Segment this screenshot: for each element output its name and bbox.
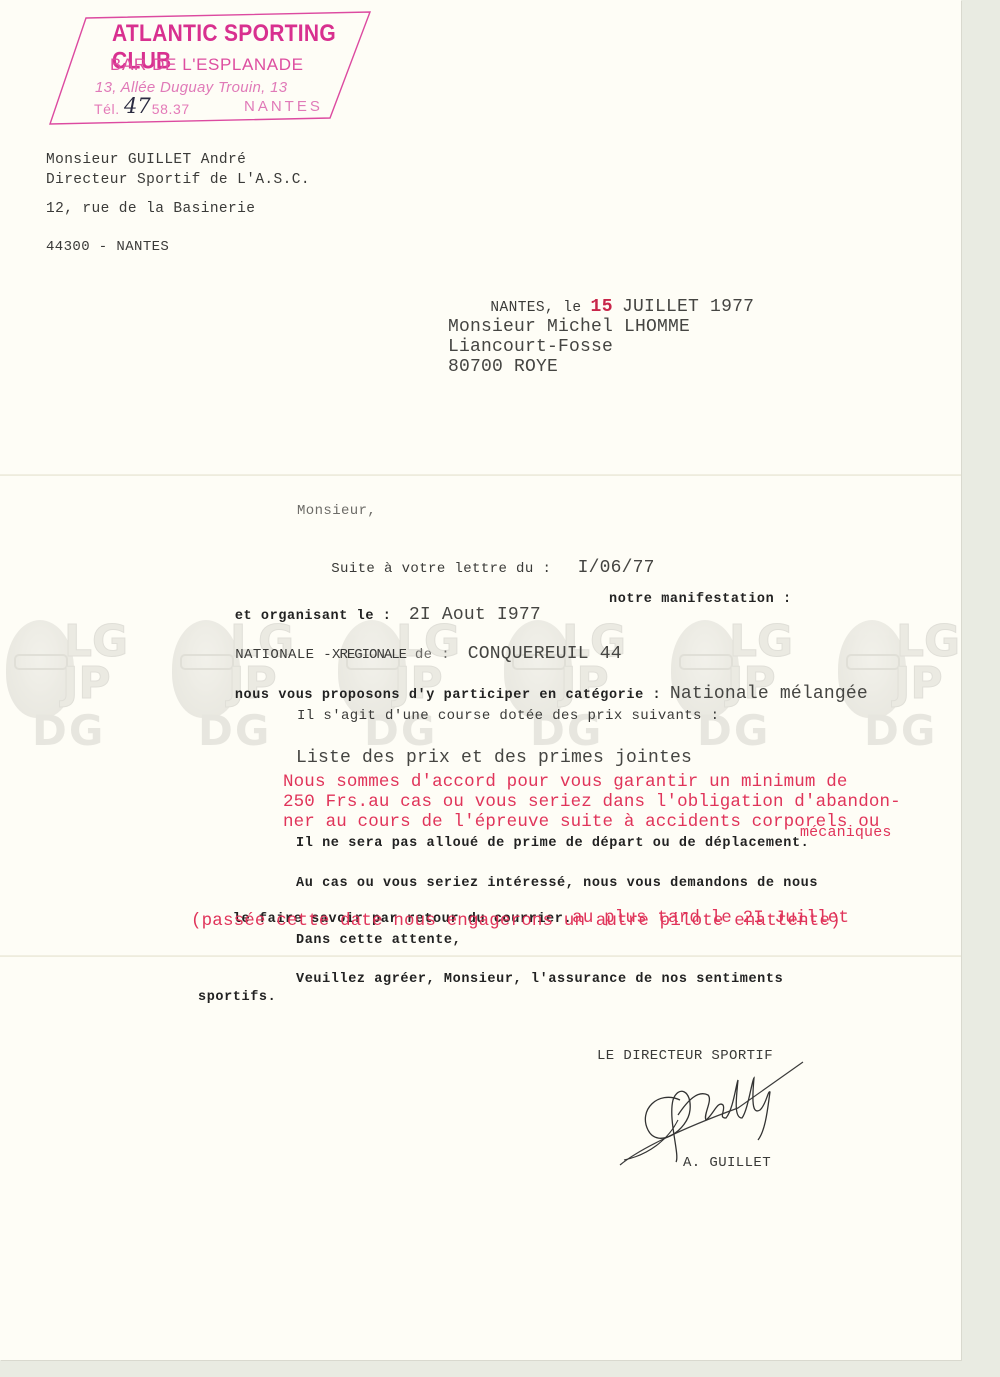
reply-line-1: Au cas ou vous seriez intéressé, nous vo… bbox=[296, 876, 818, 891]
closing-line-1: Veuillez agréer, Monsieur, l'assurance d… bbox=[296, 972, 783, 987]
letter-reference: Suite à votre lettre du : I/06/77 bbox=[296, 542, 655, 594]
waiting-line: Dans cette attente, bbox=[296, 933, 461, 948]
handwritten-signature bbox=[618, 1060, 808, 1170]
recipient-street: Liancourt-Fosse bbox=[448, 337, 613, 357]
club-stamp: ATLANTIC SPORTING CLUB BAR DE L'ESPLANAD… bbox=[48, 10, 378, 128]
sender-postal: 44300 - NANTES bbox=[46, 239, 169, 255]
guarantee-line: 250 Frs.au cas ou vous seriez dans l'obl… bbox=[283, 792, 901, 812]
watermark: LG JP DG bbox=[2, 612, 152, 762]
club-city: NANTES bbox=[244, 98, 323, 115]
salutation: Monsieur, bbox=[297, 503, 376, 519]
recipient-postal: 80700 ROYE bbox=[448, 357, 558, 377]
handwritten-phone-prefix: 47 bbox=[124, 94, 151, 118]
closing-line-2: sportifs. bbox=[198, 990, 276, 1005]
prize-list-note: Liste des prix et des primes jointes bbox=[296, 748, 692, 768]
bar-name: BAR DE L'ESPLANADE bbox=[110, 55, 304, 75]
guarantee-line: Nous sommes d'accord pour vous garantir … bbox=[283, 772, 848, 792]
no-bonus-note: Il ne sera pas alloué de prime de départ… bbox=[296, 836, 809, 851]
sender-title: Directeur Sportif de L'A.S.C. bbox=[46, 172, 310, 188]
fold-line bbox=[0, 474, 961, 476]
signatory-name: A. GUILLET bbox=[683, 1155, 771, 1171]
sender-name: Monsieur GUILLET André bbox=[46, 152, 246, 168]
sender-street: 12, rue de la Basinerie bbox=[46, 201, 255, 217]
reply-note: (passée cette date nous engagerons un au… bbox=[191, 911, 841, 931]
event-label: notre manifestation : bbox=[609, 592, 792, 607]
struck-text: XREGIONALE bbox=[332, 647, 406, 663]
prize-intro: Il s'agit d'une course dotée des prix su… bbox=[297, 708, 719, 724]
letter-page: LG JP DG LG JP DG LG JP DG LG JP DG LG J… bbox=[0, 0, 961, 1360]
guarantee-line: mécaniques bbox=[800, 824, 892, 841]
guarantee-line: ner au cours de l'épreuve suite à accide… bbox=[283, 812, 880, 832]
fold-line bbox=[0, 955, 961, 957]
recipient-name: Monsieur Michel LHOMME bbox=[448, 317, 690, 337]
